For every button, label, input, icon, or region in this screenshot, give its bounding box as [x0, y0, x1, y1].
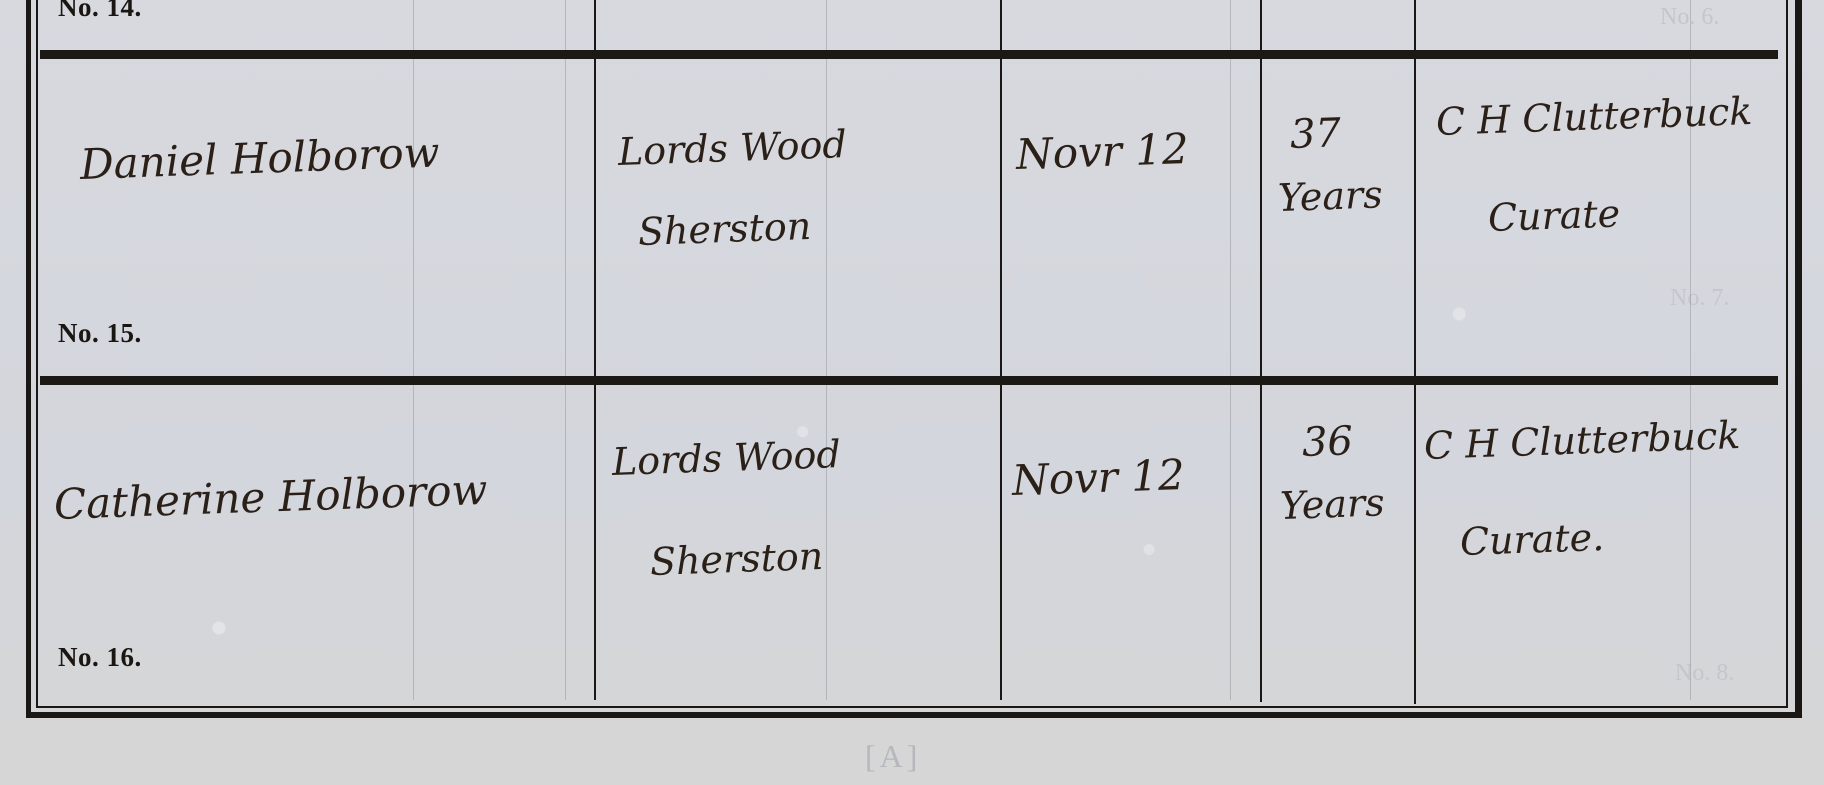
burial-date: Novr 12	[1015, 124, 1189, 179]
officiant-title: Curate.	[1459, 515, 1605, 564]
bleed-through-number: No. 7.	[1670, 285, 1729, 312]
officiant-title: Curate	[1487, 191, 1621, 240]
age-unit: Years	[1277, 172, 1383, 220]
row-separator	[40, 376, 1778, 385]
column-divider	[594, 0, 596, 700]
abode-line-2: Sherston	[649, 534, 824, 584]
abode-line-1: Lords Wood	[617, 122, 847, 174]
column-divider	[1260, 0, 1262, 702]
column-divider	[1000, 0, 1002, 700]
entry-number: No. 16.	[58, 642, 142, 673]
age-value: 36	[1301, 418, 1353, 466]
age-value: 37	[1289, 110, 1341, 158]
faint-guide-line	[413, 0, 414, 700]
register-page: No. 6. No. 7. No. 8. No. 14. No. 15. Dan…	[0, 0, 1824, 785]
entry-number: No. 15.	[58, 318, 142, 349]
page-signature-mark: [A]	[865, 738, 921, 775]
row-separator	[40, 50, 1778, 59]
bleed-through-number: No. 8.	[1675, 660, 1734, 687]
entry-number: No. 14.	[58, 0, 142, 23]
burial-date: Novr 12	[1011, 450, 1185, 505]
faint-guide-line	[1230, 0, 1231, 700]
column-divider	[1414, 0, 1416, 704]
faint-guide-line	[826, 0, 827, 700]
abode-line-1: Lords Wood	[611, 432, 841, 484]
faint-guide-line	[565, 0, 566, 700]
age-unit: Years	[1279, 480, 1385, 528]
abode-line-2: Sherston	[637, 204, 812, 254]
